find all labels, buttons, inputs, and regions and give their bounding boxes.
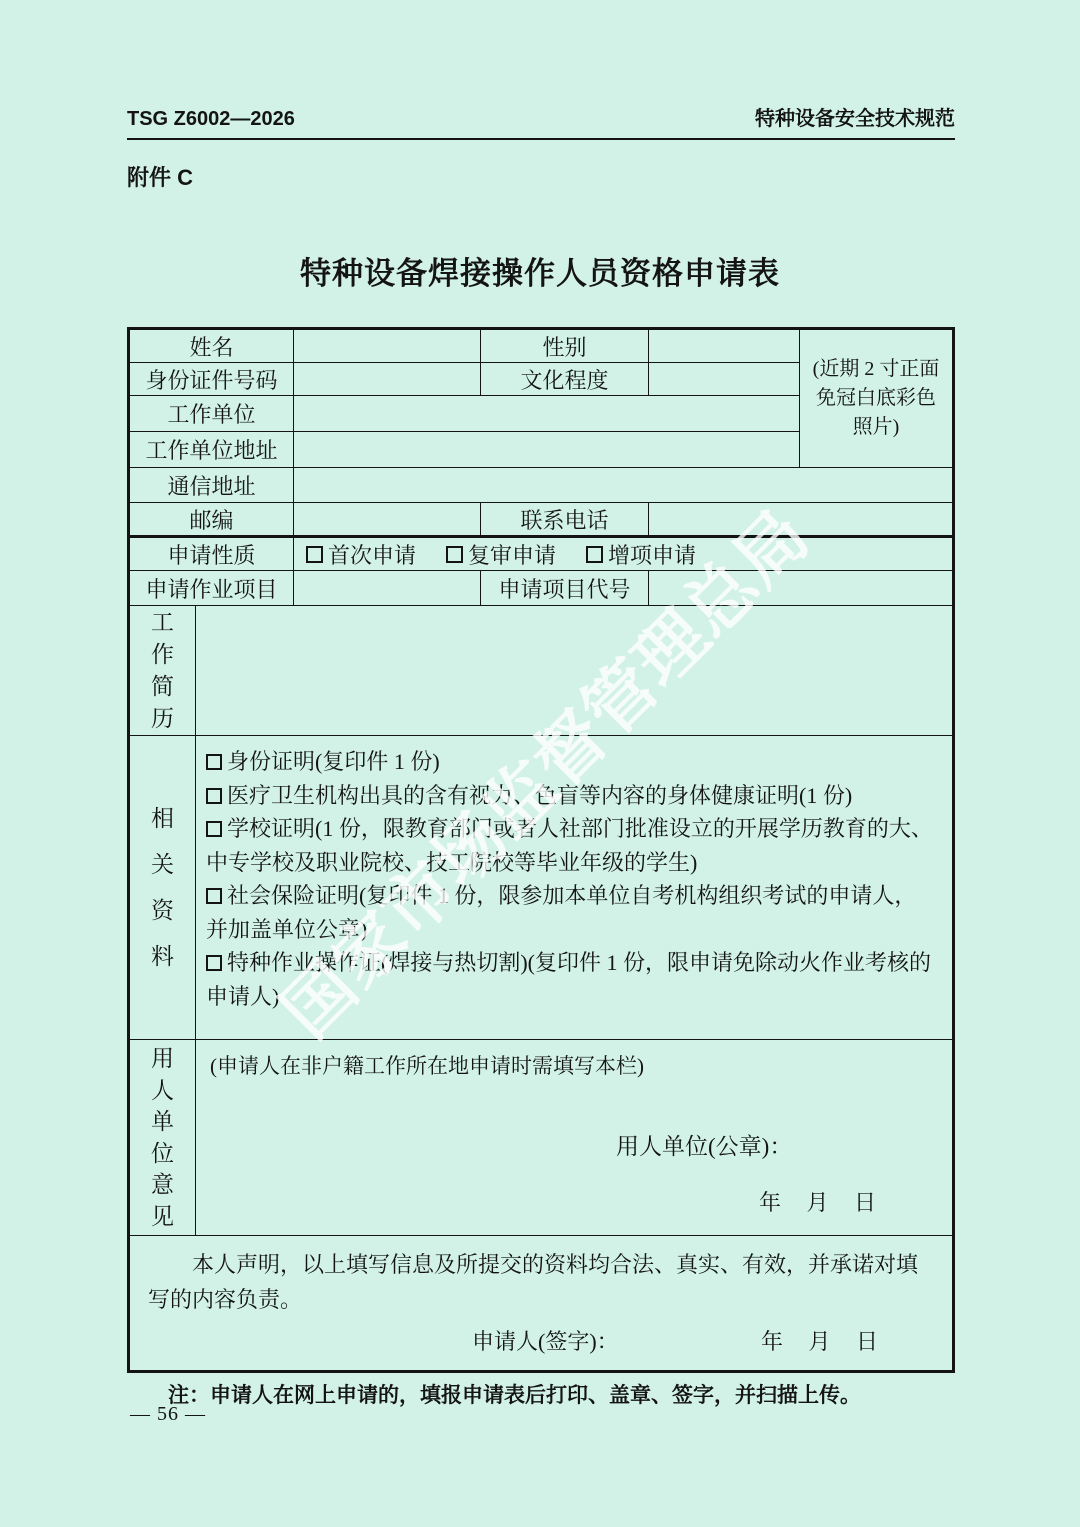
materials-section: 相关资料 身份证明(复印件 1 份) 医疗卫生机构出具的含有视力、色盲等内容的身… (130, 736, 952, 1040)
doc-category: 特种设备安全技术规范 (755, 102, 955, 131)
phone-label: 联系电话 (481, 503, 649, 538)
materials-item-text: 医疗卫生机构出具的含有视力、色盲等内容的身体健康证明(1 份) (227, 783, 852, 808)
photo-note-line: 免冠白底彩色 (816, 384, 936, 413)
signature-date-label: 年 月 日 (761, 1325, 878, 1356)
application-nature-options: 首次申请 复审申请 增项申请 (294, 538, 952, 571)
checkbox-first-application[interactable] (306, 546, 323, 563)
materials-list: 身份证明(复印件 1 份) 医疗卫生机构出具的含有视力、色盲等内容的身体健康证明… (196, 736, 952, 1013)
materials-item-text: 社会保险证明(复印件 1 份，限参加本单位自考机构组织考试的申请人，并加盖单位公… (206, 883, 916, 942)
document-header: TSG Z6002—2026 特种设备安全技术规范 (127, 102, 955, 140)
checkbox-school-certificate[interactable] (206, 821, 222, 837)
employer-address-label: 工作单位地址 (130, 432, 294, 468)
employer-opinion-hint: (申请人在非户籍工作所在地申请时需填写本栏) (210, 1050, 644, 1080)
option-first-application-label: 首次申请 (328, 539, 416, 570)
checkbox-special-operation-certificate[interactable] (206, 955, 222, 971)
photo-note-line: 照片) (853, 413, 900, 442)
option-additional-application-label: 增项申请 (608, 539, 696, 570)
id-number-input-cell[interactable] (294, 363, 481, 396)
materials-item: 学校证明(1 份，限教育部门或者人社部门批准设立的开展学历教育的大、中专学校及职… (206, 812, 938, 879)
photo-box: (近期 2 寸正面 免冠白底彩色 照片) (800, 330, 952, 468)
phone-input-cell[interactable] (649, 503, 952, 538)
option-first-application: 首次申请 (306, 539, 416, 570)
materials-item: 医疗卫生机构出具的含有视力、色盲等内容的身体健康证明(1 份) (206, 779, 938, 813)
application-form-table: 姓名 性别 (近期 2 寸正面 免冠白底彩色 照片) 身份证件号码 文化程度 工… (127, 327, 955, 1373)
materials-label: 相关资料 (130, 736, 196, 1039)
work-history-label: 工作简历 (130, 606, 196, 735)
checkbox-additional-application[interactable] (586, 546, 603, 563)
materials-item: 社会保险证明(复印件 1 份，限参加本单位自考机构组织考试的申请人，并加盖单位公… (206, 879, 938, 946)
declaration-section: 本人声明，以上填写信息及所提交的资料均合法、真实、有效，并承诺对填写的内容负责。… (130, 1236, 952, 1370)
employer-opinion-section: 用人单位意见 (申请人在非户籍工作所在地申请时需填写本栏) 用人单位(公章)： … (130, 1040, 952, 1236)
gender-label: 性别 (481, 330, 649, 363)
checkbox-id-proof[interactable] (206, 754, 222, 770)
employer-opinion-area[interactable]: (申请人在非户籍工作所在地申请时需填写本栏) 用人单位(公章)： 年 月 日 (196, 1040, 952, 1235)
name-input-cell[interactable] (294, 330, 481, 363)
gender-input-cell[interactable] (649, 330, 800, 363)
postcode-input-cell[interactable] (294, 503, 481, 538)
employer-label: 工作单位 (130, 396, 294, 432)
employer-opinion-label: 用人单位意见 (130, 1040, 196, 1235)
application-project-label: 申请作业项目 (130, 571, 294, 606)
materials-list-area: 身份证明(复印件 1 份) 医疗卫生机构出具的含有视力、色盲等内容的身体健康证明… (196, 736, 952, 1039)
employer-seal-label: 用人单位(公章)： (616, 1128, 792, 1161)
postcode-label: 邮编 (130, 503, 294, 538)
checkbox-health-certificate[interactable] (206, 788, 222, 804)
declaration-text: 本人声明，以上填写信息及所提交的资料均合法、真实、有效，并承诺对填写的内容负责。 (148, 1247, 934, 1317)
materials-item-text: 特种作业操作证(焊接与热切割)(复印件 1 份，限申请免除动火作业考核的申请人) (206, 950, 931, 1009)
doc-code: TSG Z6002—2026 (127, 108, 295, 131)
materials-item-text: 学校证明(1 份，限教育部门或者人社部门批准设立的开展学历教育的大、中专学校及职… (206, 816, 933, 875)
work-history-input-area[interactable] (196, 606, 952, 735)
materials-item: 特种作业操作证(焊接与热切割)(复印件 1 份，限申请免除动火作业考核的申请人) (206, 946, 938, 1013)
id-number-label: 身份证件号码 (130, 363, 294, 396)
mailing-address-input-cell[interactable] (294, 468, 952, 503)
name-label: 姓名 (130, 330, 294, 363)
option-renewal-application: 复审申请 (446, 539, 556, 570)
footnote: 注：申请人在网上申请的，填报申请表后打印、盖章、签字，并扫描上传。 (168, 1379, 861, 1409)
employer-input-cell[interactable] (294, 396, 800, 432)
education-input-cell[interactable] (649, 363, 800, 396)
education-label: 文化程度 (481, 363, 649, 396)
mailing-address-label: 通信地址 (130, 468, 294, 503)
form-title: 特种设备焊接操作人员资格申请表 (0, 248, 1080, 293)
signature-label: 申请人(签字)： (472, 1325, 619, 1356)
project-code-label: 申请项目代号 (481, 571, 649, 606)
project-code-input-cell[interactable] (649, 571, 952, 606)
employer-date-label: 年 月 日 (759, 1186, 876, 1217)
document-page: TSG Z6002—2026 特种设备安全技术规范 附件 C 特种设备焊接操作人… (0, 0, 1080, 1527)
page-number: — 56 — (130, 1403, 206, 1426)
materials-item: 身份证明(复印件 1 份) (206, 745, 938, 779)
option-renewal-application-label: 复审申请 (468, 539, 556, 570)
application-project-input-cell[interactable] (294, 571, 481, 606)
application-nature-label: 申请性质 (130, 538, 294, 571)
photo-note-line: (近期 2 寸正面 (813, 355, 940, 384)
checkbox-renewal-application[interactable] (446, 546, 463, 563)
employer-address-input-cell[interactable] (294, 432, 800, 468)
work-history-section: 工作简历 (130, 606, 952, 736)
attachment-label: 附件 C (127, 161, 193, 192)
checkbox-social-insurance[interactable] (206, 888, 222, 904)
materials-item-text: 身份证明(复印件 1 份) (227, 749, 440, 774)
option-additional-application: 增项申请 (586, 539, 696, 570)
